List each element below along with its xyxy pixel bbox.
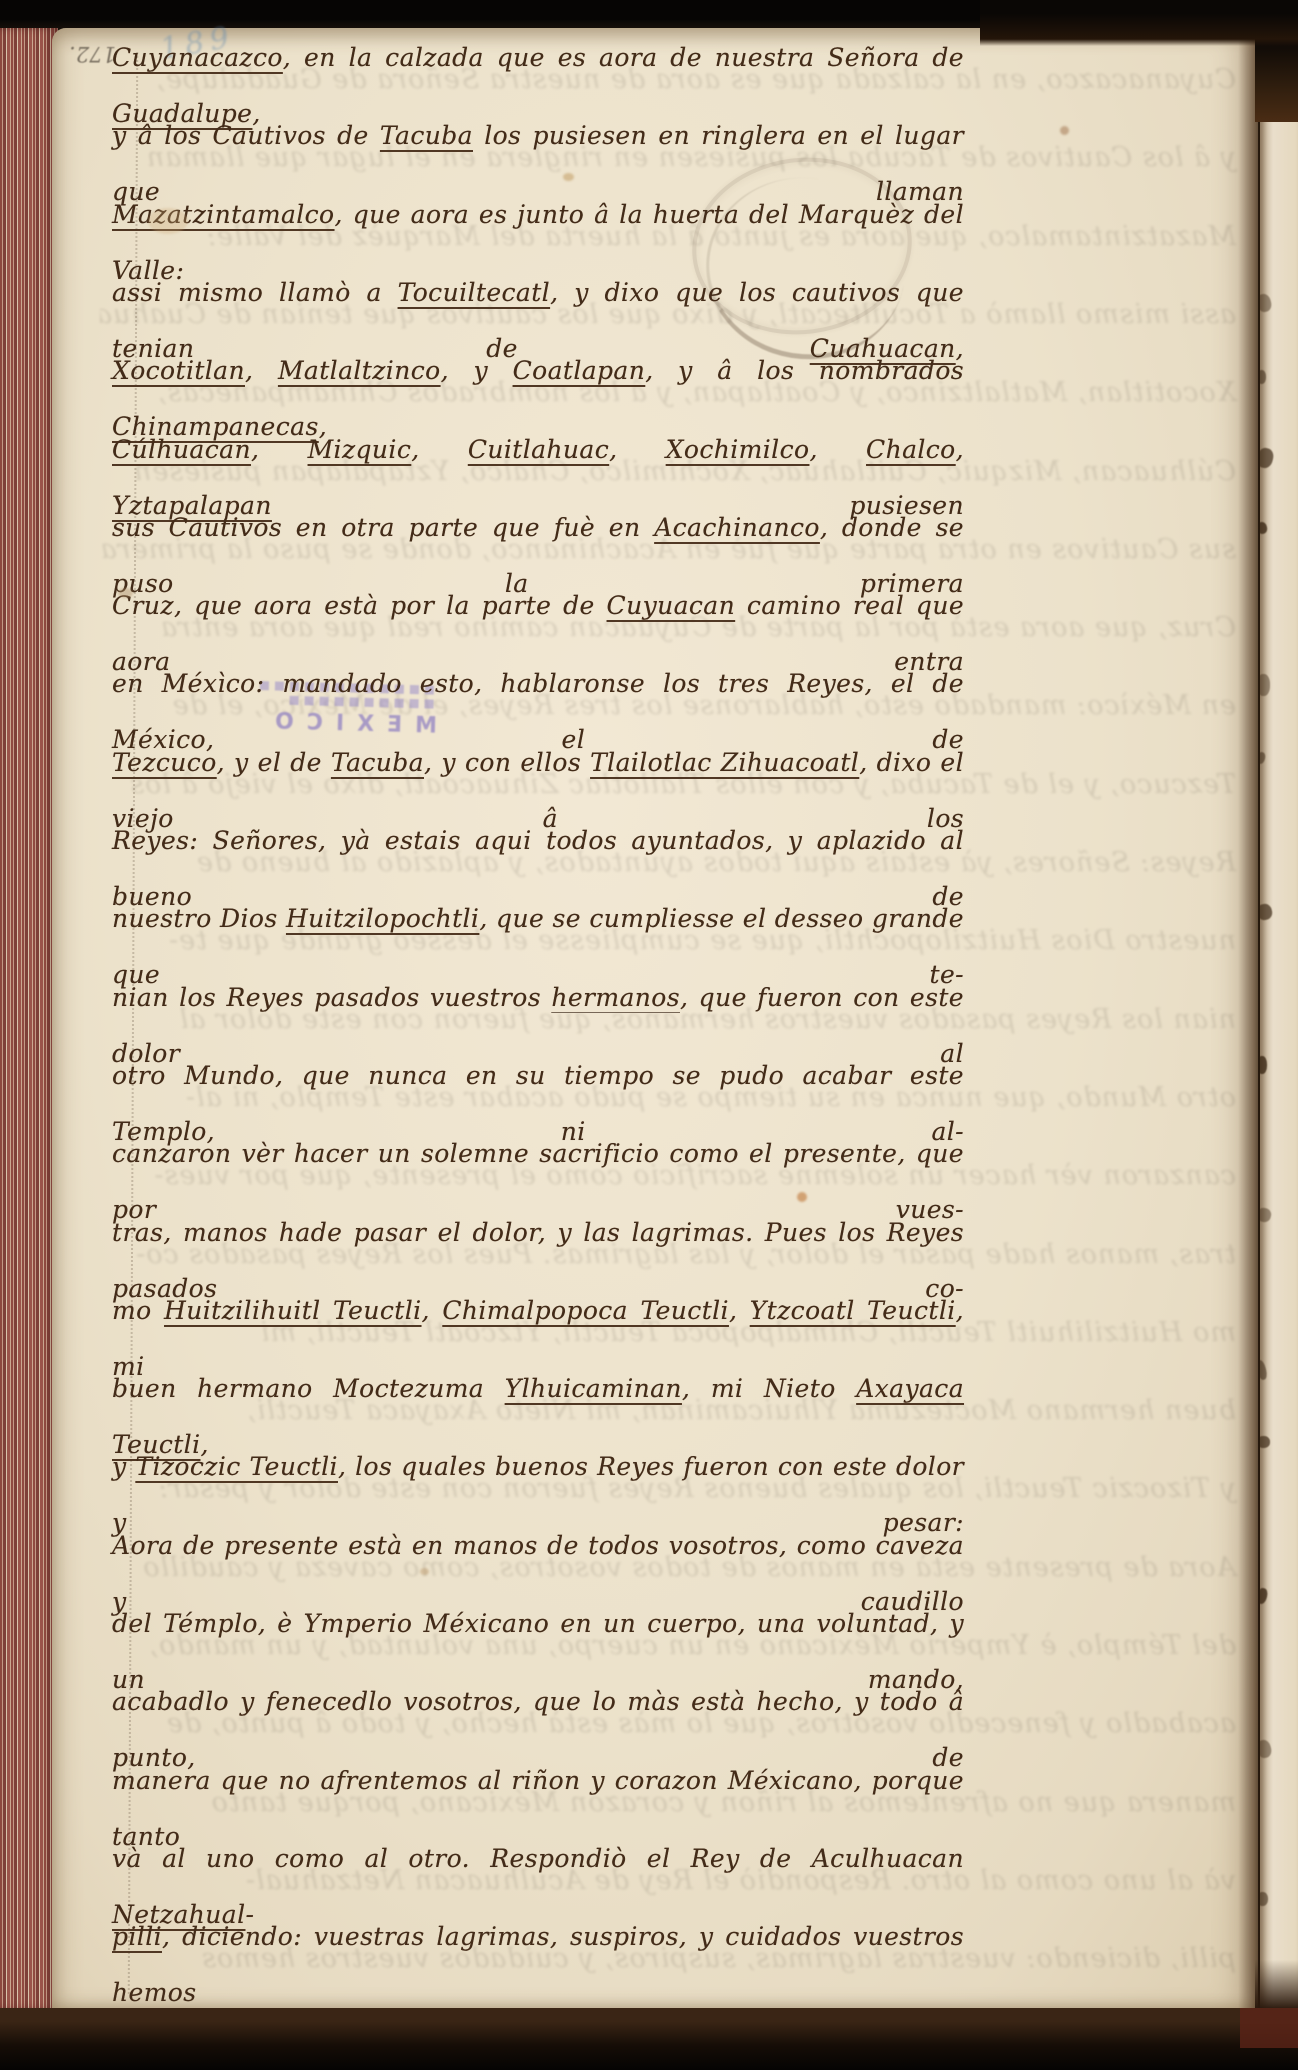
manuscript-line: Tezcuco, y el de Tacuba, y con ellos Tla… [112, 735, 964, 795]
underlined-proper-noun: Huitzilopochtli [286, 904, 479, 933]
manuscript-line: buen hermano Moctezuma Ylhuicaminan, mi … [112, 1361, 964, 1421]
manuscript-line: otro Mundo, que nunca en su tiempo se pu… [112, 1048, 964, 1108]
line-text: nuestro Dios [112, 904, 286, 933]
line-text: nian los Reyes pasados vuestros [112, 983, 551, 1012]
manuscript-line: mo Huitzilihuitl Teuctli, Chimalpopoca T… [112, 1283, 964, 1343]
line-text: và al uno como al otro. Respondiò el Rey… [112, 1844, 964, 1873]
manuscript-line: Cruz, que aora està por la parte de Cuyu… [112, 578, 964, 638]
manuscript-line: và al uno como al otro. Respondiò el Rey… [112, 1831, 964, 1891]
underlined-proper-noun: Ytzcoatl Teuctli [750, 1296, 956, 1325]
text-block: Cuyanacazco, en la calzada que es aora d… [0, 0, 1298, 2070]
facing-page-glyph-fragment [1260, 1587, 1269, 1605]
manuscript-line: nuestro Dios Huitzilopochtli, que se cum… [112, 891, 964, 951]
manuscript-line: y â los Cautivos de Tacuba los pusiesen … [112, 108, 964, 168]
manuscript-line: Xocotitlan, Matlaltzinco, y Coatlapan, y… [112, 343, 964, 403]
facing-page-glyph-fragment [1260, 521, 1268, 535]
manuscript-line: manera que no afrentemos al riñon y cora… [112, 1753, 964, 1813]
manuscript-line: del Témplo, è Ymperio Méxicano en un cue… [112, 1596, 964, 1656]
underlined-proper-noun: Acachinanco [654, 513, 820, 542]
facing-page-glyph-fragment [1260, 674, 1270, 696]
underlined-proper-noun: Xochimilco [666, 435, 810, 464]
line-text: , [809, 435, 866, 464]
line-text: , y con ellos [424, 748, 590, 777]
manuscript-line: nian los Reyes pasados vuestros hermanos… [112, 970, 964, 1030]
line-text: , [411, 435, 468, 464]
paper-smudge [148, 208, 188, 234]
line-text: mo [112, 1296, 164, 1325]
line-text: , y [441, 356, 513, 385]
manuscript-line: acabadlo y fenecedlo vosotros, que lo mà… [112, 1674, 964, 1734]
underlined-proper-noun: Matlaltzinco [278, 356, 441, 385]
underlined-proper-noun: Cuyanacazco [112, 43, 283, 72]
underlined-proper-noun: Huitzilihuitl Teuctli [164, 1296, 421, 1325]
line-text: y â los Cautivos de [112, 121, 380, 150]
manuscript-photo: Cuyanacazco, en la calzada que es aora d… [0, 0, 1298, 2070]
line-text: , [729, 1296, 750, 1325]
facing-page-glyph-fragment [1260, 902, 1274, 921]
underlined-proper-noun: Tocuiltecatl [398, 278, 550, 307]
underlined-proper-noun: Cuitlahuac [468, 435, 609, 464]
line-text: y [112, 1452, 135, 1481]
binding-leather-red [1240, 2008, 1298, 2048]
underlined-proper-noun: Coatlapan [513, 356, 646, 385]
underlined-proper-noun: Ylhuicaminan [505, 1374, 682, 1403]
foxing-spot [420, 1568, 429, 1575]
line-text: , [956, 435, 964, 464]
foxing-spot [118, 588, 133, 598]
underlined-proper-noun: Chimalpopoca Teuctli [442, 1296, 729, 1325]
manuscript-line: sus Cautivos en otra parte que fuè en Ac… [112, 500, 964, 560]
line-text: , [422, 1296, 443, 1325]
line-text: , [609, 435, 666, 464]
facing-page-glyph-fragment [1260, 446, 1275, 469]
line-text: , [251, 435, 308, 464]
underlined-proper-noun: Tizoczic Teuctli [135, 1452, 338, 1481]
manuscript-line: Mazatzintamalco, que aora es junto â la … [112, 187, 964, 247]
facing-page-glyph-fragment [1260, 751, 1266, 765]
facing-page-edge [1260, 30, 1298, 2012]
underlined-proper-noun: Tacuba [380, 121, 473, 150]
facing-page-glyph-fragment [1260, 1436, 1270, 1448]
line-text: sus Cautivos en otra parte que fuè en [112, 513, 654, 542]
facing-page-glyph-fragment [1260, 1739, 1273, 1760]
underlined-proper-noun: Tezcuco [112, 748, 217, 777]
facing-page-glyph-fragment [1260, 370, 1266, 384]
manuscript-line: canzaron vèr hacer un solemne sacrificio… [112, 1126, 964, 1186]
facing-page-glyph-fragment [1260, 1359, 1268, 1381]
underlined-proper-noun: Cúlhuacan [112, 435, 251, 464]
underlined-proper-noun: hermanos [551, 983, 680, 1012]
gutter-shadow [1238, 28, 1262, 2014]
line-text: buen hermano Moctezuma [112, 1374, 505, 1403]
underlined-proper-noun: Xocotitlan [112, 356, 245, 385]
binding-top-edge [980, 0, 1298, 46]
underlined-proper-noun: Tacuba [331, 748, 424, 777]
line-text: , [245, 356, 278, 385]
underlined-proper-noun: Mazatzintamalco [112, 200, 335, 229]
manuscript-line: pilli, diciendo: vuestras lagrimas, susp… [112, 1909, 964, 1969]
manuscript-line: y Tizoczic Teuctli, los quales buenos Re… [112, 1439, 964, 1499]
underlined-proper-noun: Tlailotlac Zihuacoatl [590, 748, 859, 777]
foxing-spot [1060, 126, 1069, 135]
manuscript-line: Reyes: Señores, yà estais aqui todos ayu… [112, 813, 964, 873]
line-text: , mi Nieto [682, 1374, 856, 1403]
facing-page-glyph-fragment [1260, 1207, 1272, 1224]
manuscript-line: Cuyanacazco, en la calzada que es aora d… [112, 30, 964, 90]
underlined-proper-noun: Chalco [866, 435, 956, 464]
underlined-proper-noun: Cuyuacan [607, 591, 736, 620]
line-text: assi mismo llamò a [112, 278, 398, 307]
manuscript-line: en Méxìco: mandado esto, hablaronse los … [112, 656, 964, 716]
manuscript-line: Aora de presente està en manos de todos … [112, 1518, 964, 1578]
facing-page-glyph-fragment [1260, 293, 1273, 314]
manuscript-line: assi mismo llamò a Tocuiltecatl, y dixo … [112, 265, 964, 325]
foxing-spot [797, 1192, 807, 1202]
manuscript-line: Cúlhuacan, Mizquic, Cuitlahuac, Xochimil… [112, 422, 964, 482]
line-text: , en la calzada que es aora de nuestra S… [283, 43, 964, 72]
line-text: , y â los nombrados [645, 356, 964, 385]
line-text: Cruz, que aora està por la parte de [112, 591, 607, 620]
facing-page-glyph-fragment [1260, 1056, 1267, 1074]
underlined-proper-noun: pilli [112, 1922, 162, 1951]
underlined-proper-noun: Mizquic [308, 435, 412, 464]
photo-bottom-band [0, 2008, 1298, 2070]
foxing-spot [563, 173, 574, 181]
facing-page-glyph-fragment [1260, 1892, 1268, 1906]
line-text: , y el de [217, 748, 331, 777]
line-text: , diciendo: vuestras lagrimas, suspiros,… [112, 1922, 964, 2007]
manuscript-line: tras, manos hade pasar el dolor, y las l… [112, 1205, 964, 1265]
